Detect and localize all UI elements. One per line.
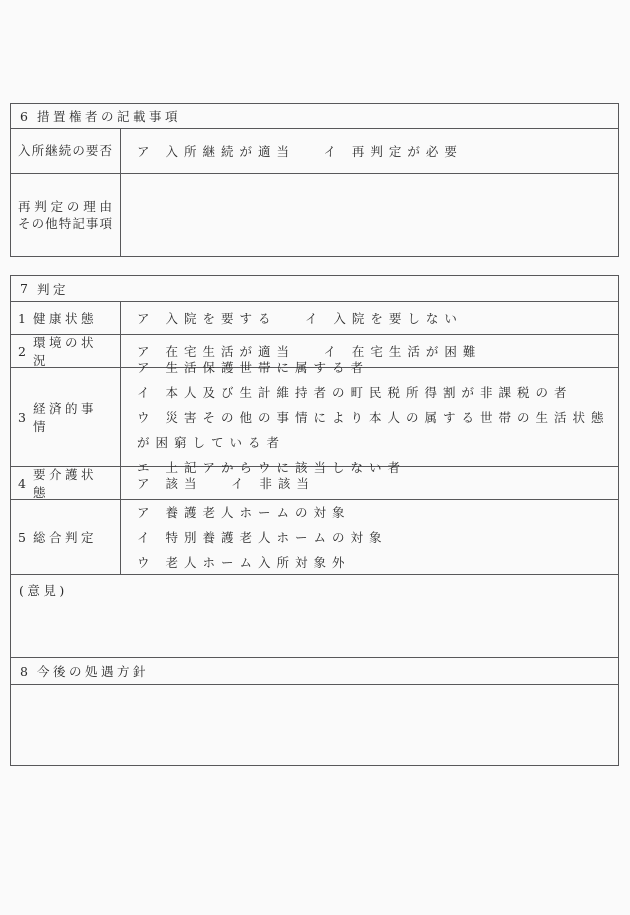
rejudgement-reason-content-cell <box>121 174 618 256</box>
overall-option-u: ウ 老人ホーム入所対象外 <box>137 550 618 575</box>
economic-circumstances-row: 3 経済的事情 ア 生活保護世帯に属する者 イ 本人及び生計維持者の町民税所得割… <box>11 367 618 466</box>
overall-judgement-options-cell: ア 養護老人ホームの対象 イ 特別養護老人ホームの対象 ウ 老人ホーム入所対象外 <box>121 500 618 574</box>
admission-continuation-options-cell: ア 入所継続が適当 イ 再判定が必要 <box>121 129 618 173</box>
health-condition-options: ア 入院を要する イ 入院を要しない <box>137 306 618 331</box>
overall-judgement-number: 5 <box>18 530 33 545</box>
admission-continuation-label: 入所継続の要否 <box>18 142 112 160</box>
health-condition-options-cell: ア 入院を要する イ 入院を要しない <box>121 302 618 334</box>
overall-option-i: イ 特別養護老人ホームの対象 <box>137 525 618 550</box>
economic-circumstances-number: 3 <box>18 410 33 425</box>
opinion-row: (意見) <box>11 574 618 657</box>
health-condition-number: 1 <box>18 311 33 326</box>
section6-title: 措置権者の記載事項 <box>37 107 181 125</box>
section8-content-cell <box>11 685 618 765</box>
opinion-cell: (意見) <box>11 575 618 657</box>
care-need-row: 4 要介護状態 ア 該当 イ 非該当 <box>11 466 618 499</box>
admission-continuation-label-cell: 入所継続の要否 <box>11 129 121 173</box>
section6-table: 6 措置権者の記載事項 入所継続の要否 ア 入所継続が適当 イ 再判定が必要 再… <box>10 103 619 257</box>
overall-option-a: ア 養護老人ホームの対象 <box>137 500 618 525</box>
environment-label: 環境の状況 <box>33 333 112 369</box>
rejudgement-reason-label-line2: その他特記事項 <box>18 215 112 233</box>
overall-judgement-row: 5 総合判定 ア 養護老人ホームの対象 イ 特別養護老人ホームの対象 ウ 老人ホ… <box>11 499 618 574</box>
care-need-options-cell: ア 該当 イ 非該当 <box>121 467 618 499</box>
rejudgement-reason-label-cell: 再判定の理由 その他特記事項 <box>11 174 121 256</box>
section7-table: 7 判定 1 健康状態 ア 入院を要する イ 入院を要しない 2 環境の状況 ア… <box>10 275 619 766</box>
section6-header: 6 措置権者の記載事項 <box>11 104 618 128</box>
economic-option-a: ア 生活保護世帯に属する者 <box>137 355 618 380</box>
economic-option-u: ウ 災害その他の事情により本人の属する世帯の生活状態が困窮している者 <box>137 405 618 455</box>
rejudgement-reason-row: 再判定の理由 その他特記事項 <box>11 173 618 256</box>
opinion-label: (意見) <box>19 583 68 598</box>
section8-content-row <box>11 684 618 765</box>
section7-number: 7 <box>20 281 37 296</box>
form-page: { "page": { "background": "#fafafa", "bo… <box>0 0 630 915</box>
economic-circumstances-label: 経済的事情 <box>33 399 112 435</box>
care-need-options: ア 該当 イ 非該当 <box>137 471 618 496</box>
health-condition-label-cell: 1 健康状態 <box>11 302 121 334</box>
care-need-number: 4 <box>18 476 33 491</box>
section7-title: 判定 <box>37 280 69 298</box>
admission-continuation-row: 入所継続の要否 ア 入所継続が適当 イ 再判定が必要 <box>11 128 618 173</box>
section6-number: 6 <box>20 109 37 124</box>
economic-option-i: イ 本人及び生計維持者の町民税所得割が非課税の者 <box>137 380 618 405</box>
care-need-label: 要介護状態 <box>33 465 112 501</box>
section8-number: 8 <box>20 664 37 679</box>
economic-circumstances-options-cell: ア 生活保護世帯に属する者 イ 本人及び生計維持者の町民税所得割が非課税の者 ウ… <box>121 368 618 466</box>
care-need-label-cell: 4 要介護状態 <box>11 467 121 499</box>
environment-label-cell: 2 環境の状況 <box>11 335 121 367</box>
section7-header: 7 判定 <box>11 276 618 301</box>
health-condition-row: 1 健康状態 ア 入院を要する イ 入院を要しない <box>11 301 618 334</box>
section8-header: 8 今後の処遇方針 <box>11 657 618 684</box>
environment-number: 2 <box>18 344 33 359</box>
health-condition-label: 健康状態 <box>33 309 97 327</box>
admission-continuation-options: ア 入所継続が適当 イ 再判定が必要 <box>137 139 618 164</box>
overall-judgement-label: 総合判定 <box>33 528 97 546</box>
economic-circumstances-label-cell: 3 経済的事情 <box>11 368 121 466</box>
overall-judgement-label-cell: 5 総合判定 <box>11 500 121 574</box>
rejudgement-reason-label-line1: 再判定の理由 <box>18 198 112 216</box>
section8-title: 今後の処遇方針 <box>37 662 149 680</box>
